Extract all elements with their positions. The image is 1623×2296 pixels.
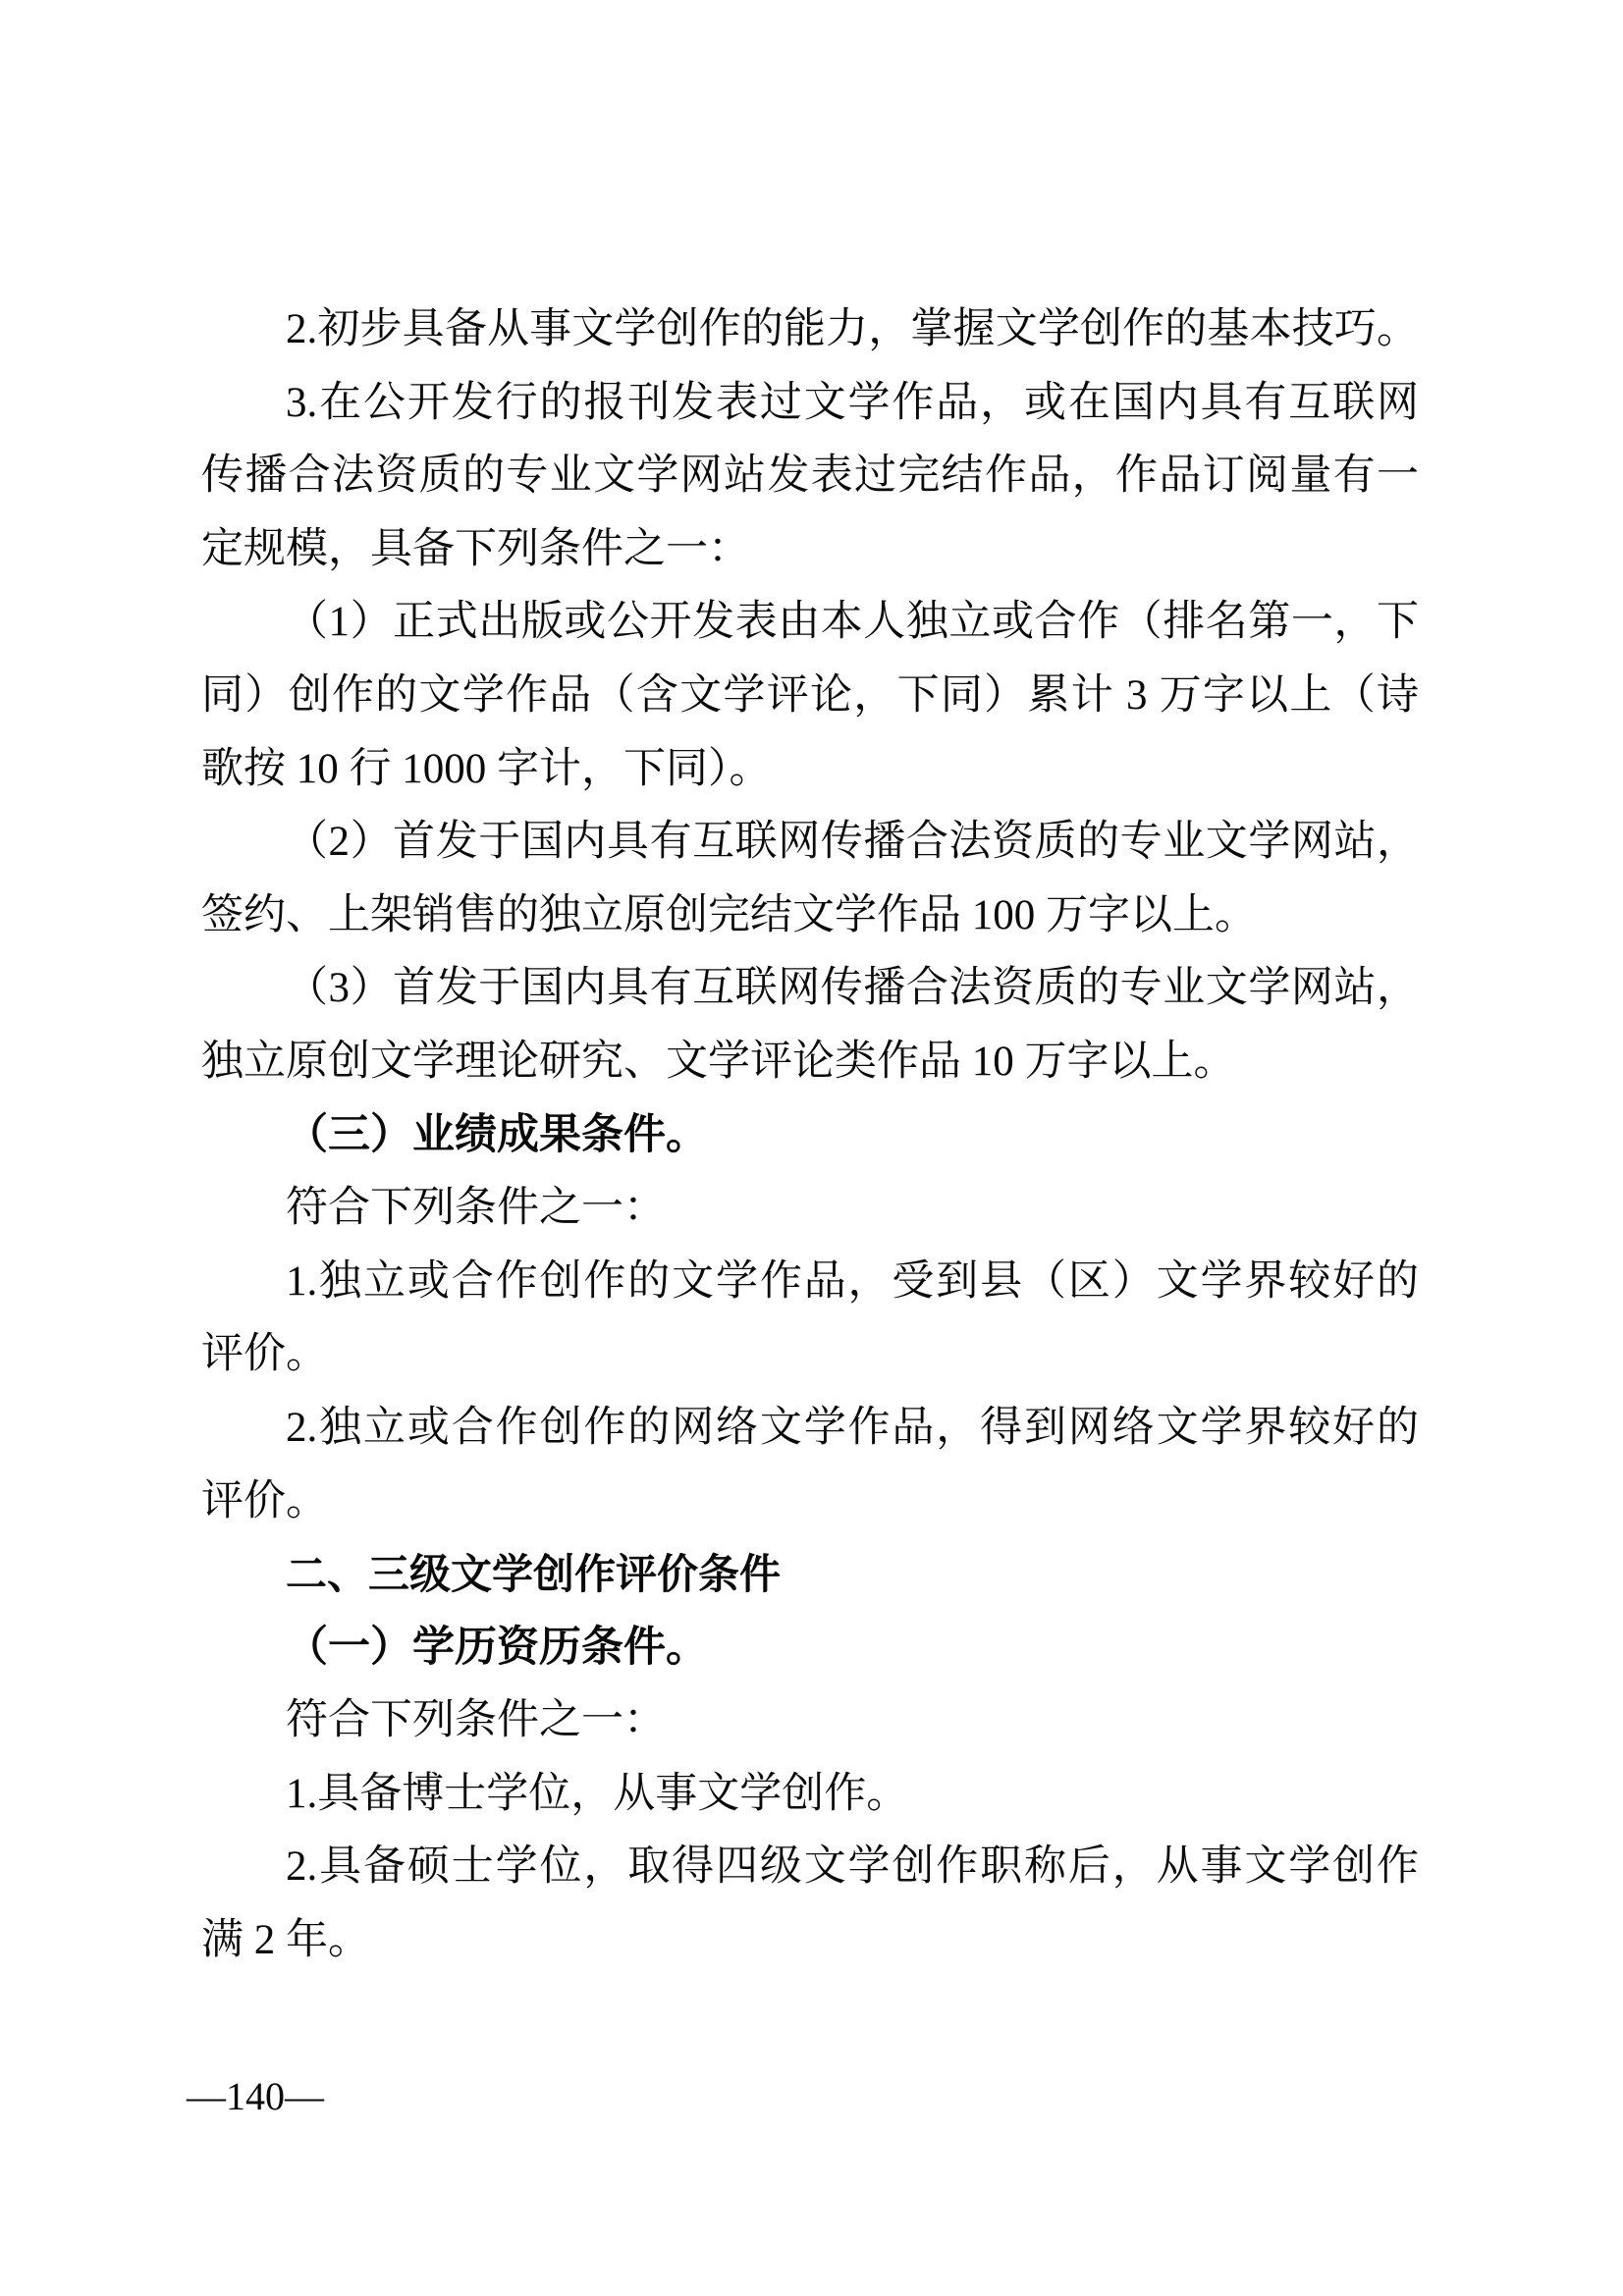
text-line: 定规模，具备下列条件之一： bbox=[201, 513, 1419, 587]
text-line: （3）首发于国内具有互联网传播合法资质的专业文学网站， bbox=[201, 952, 1419, 1026]
text-line: 歌按 10 行 1000 字计，下同）。 bbox=[201, 733, 1419, 807]
text-line: 2.具备硕士学位，取得四级文学创作职称后，从事文学创作 bbox=[201, 1831, 1419, 1904]
page-number: —140— bbox=[187, 2067, 324, 2126]
text-line: 1.具备博士学位，从事文学创作。 bbox=[201, 1758, 1419, 1832]
text-line: 2.独立或合作创作的网络文学作品，得到网络文学界较好的 bbox=[201, 1392, 1419, 1466]
text-line: 独立原创文学理论研究、文学评论类作品 10 万字以上。 bbox=[201, 1026, 1419, 1099]
heading-level3-literary-creation: 二、三级文学创作评价条件 bbox=[201, 1538, 1419, 1612]
text-line: 2.初步具备从事文学创作的能力，掌握文学创作的基本技巧。 bbox=[201, 294, 1419, 367]
text-line: （1）正式出版或公开发表由本人独立或合作（排名第一，下 bbox=[201, 586, 1419, 660]
text-line: 评价。 bbox=[201, 1466, 1419, 1539]
text-line: 签约、上架销售的独立原创完结文学作品 100 万字以上。 bbox=[201, 880, 1419, 953]
text-line: 传播合法资质的专业文学网站发表过完结作品，作品订阅量有一 bbox=[201, 440, 1419, 513]
text-line: 评价。 bbox=[201, 1318, 1419, 1392]
text-line: 符合下列条件之一： bbox=[201, 1172, 1419, 1246]
heading-education-conditions: （一）学历资历条件。 bbox=[201, 1612, 1419, 1685]
heading-performance-conditions: （三）业绩成果条件。 bbox=[201, 1099, 1419, 1173]
document-body: 2.初步具备从事文学创作的能力，掌握文学创作的基本技巧。 3.在公开发行的报刊发… bbox=[201, 294, 1419, 1978]
text-line: 3.在公开发行的报刊发表过文学作品，或在国内具有互联网 bbox=[201, 367, 1419, 441]
text-line: 同）创作的文学作品（含文学评论，下同）累计 3 万字以上（诗 bbox=[201, 660, 1419, 733]
text-line: 1.独立或合作创作的文学作品，受到县（区）文学界较好的 bbox=[201, 1246, 1419, 1319]
text-line: 符合下列条件之一： bbox=[201, 1684, 1419, 1758]
text-line: （2）首发于国内具有互联网传播合法资质的专业文学网站， bbox=[201, 806, 1419, 880]
document-page: 2.初步具备从事文学创作的能力，掌握文学创作的基本技巧。 3.在公开发行的报刊发… bbox=[0, 0, 1623, 2296]
text-line: 满 2 年。 bbox=[201, 1904, 1419, 1978]
